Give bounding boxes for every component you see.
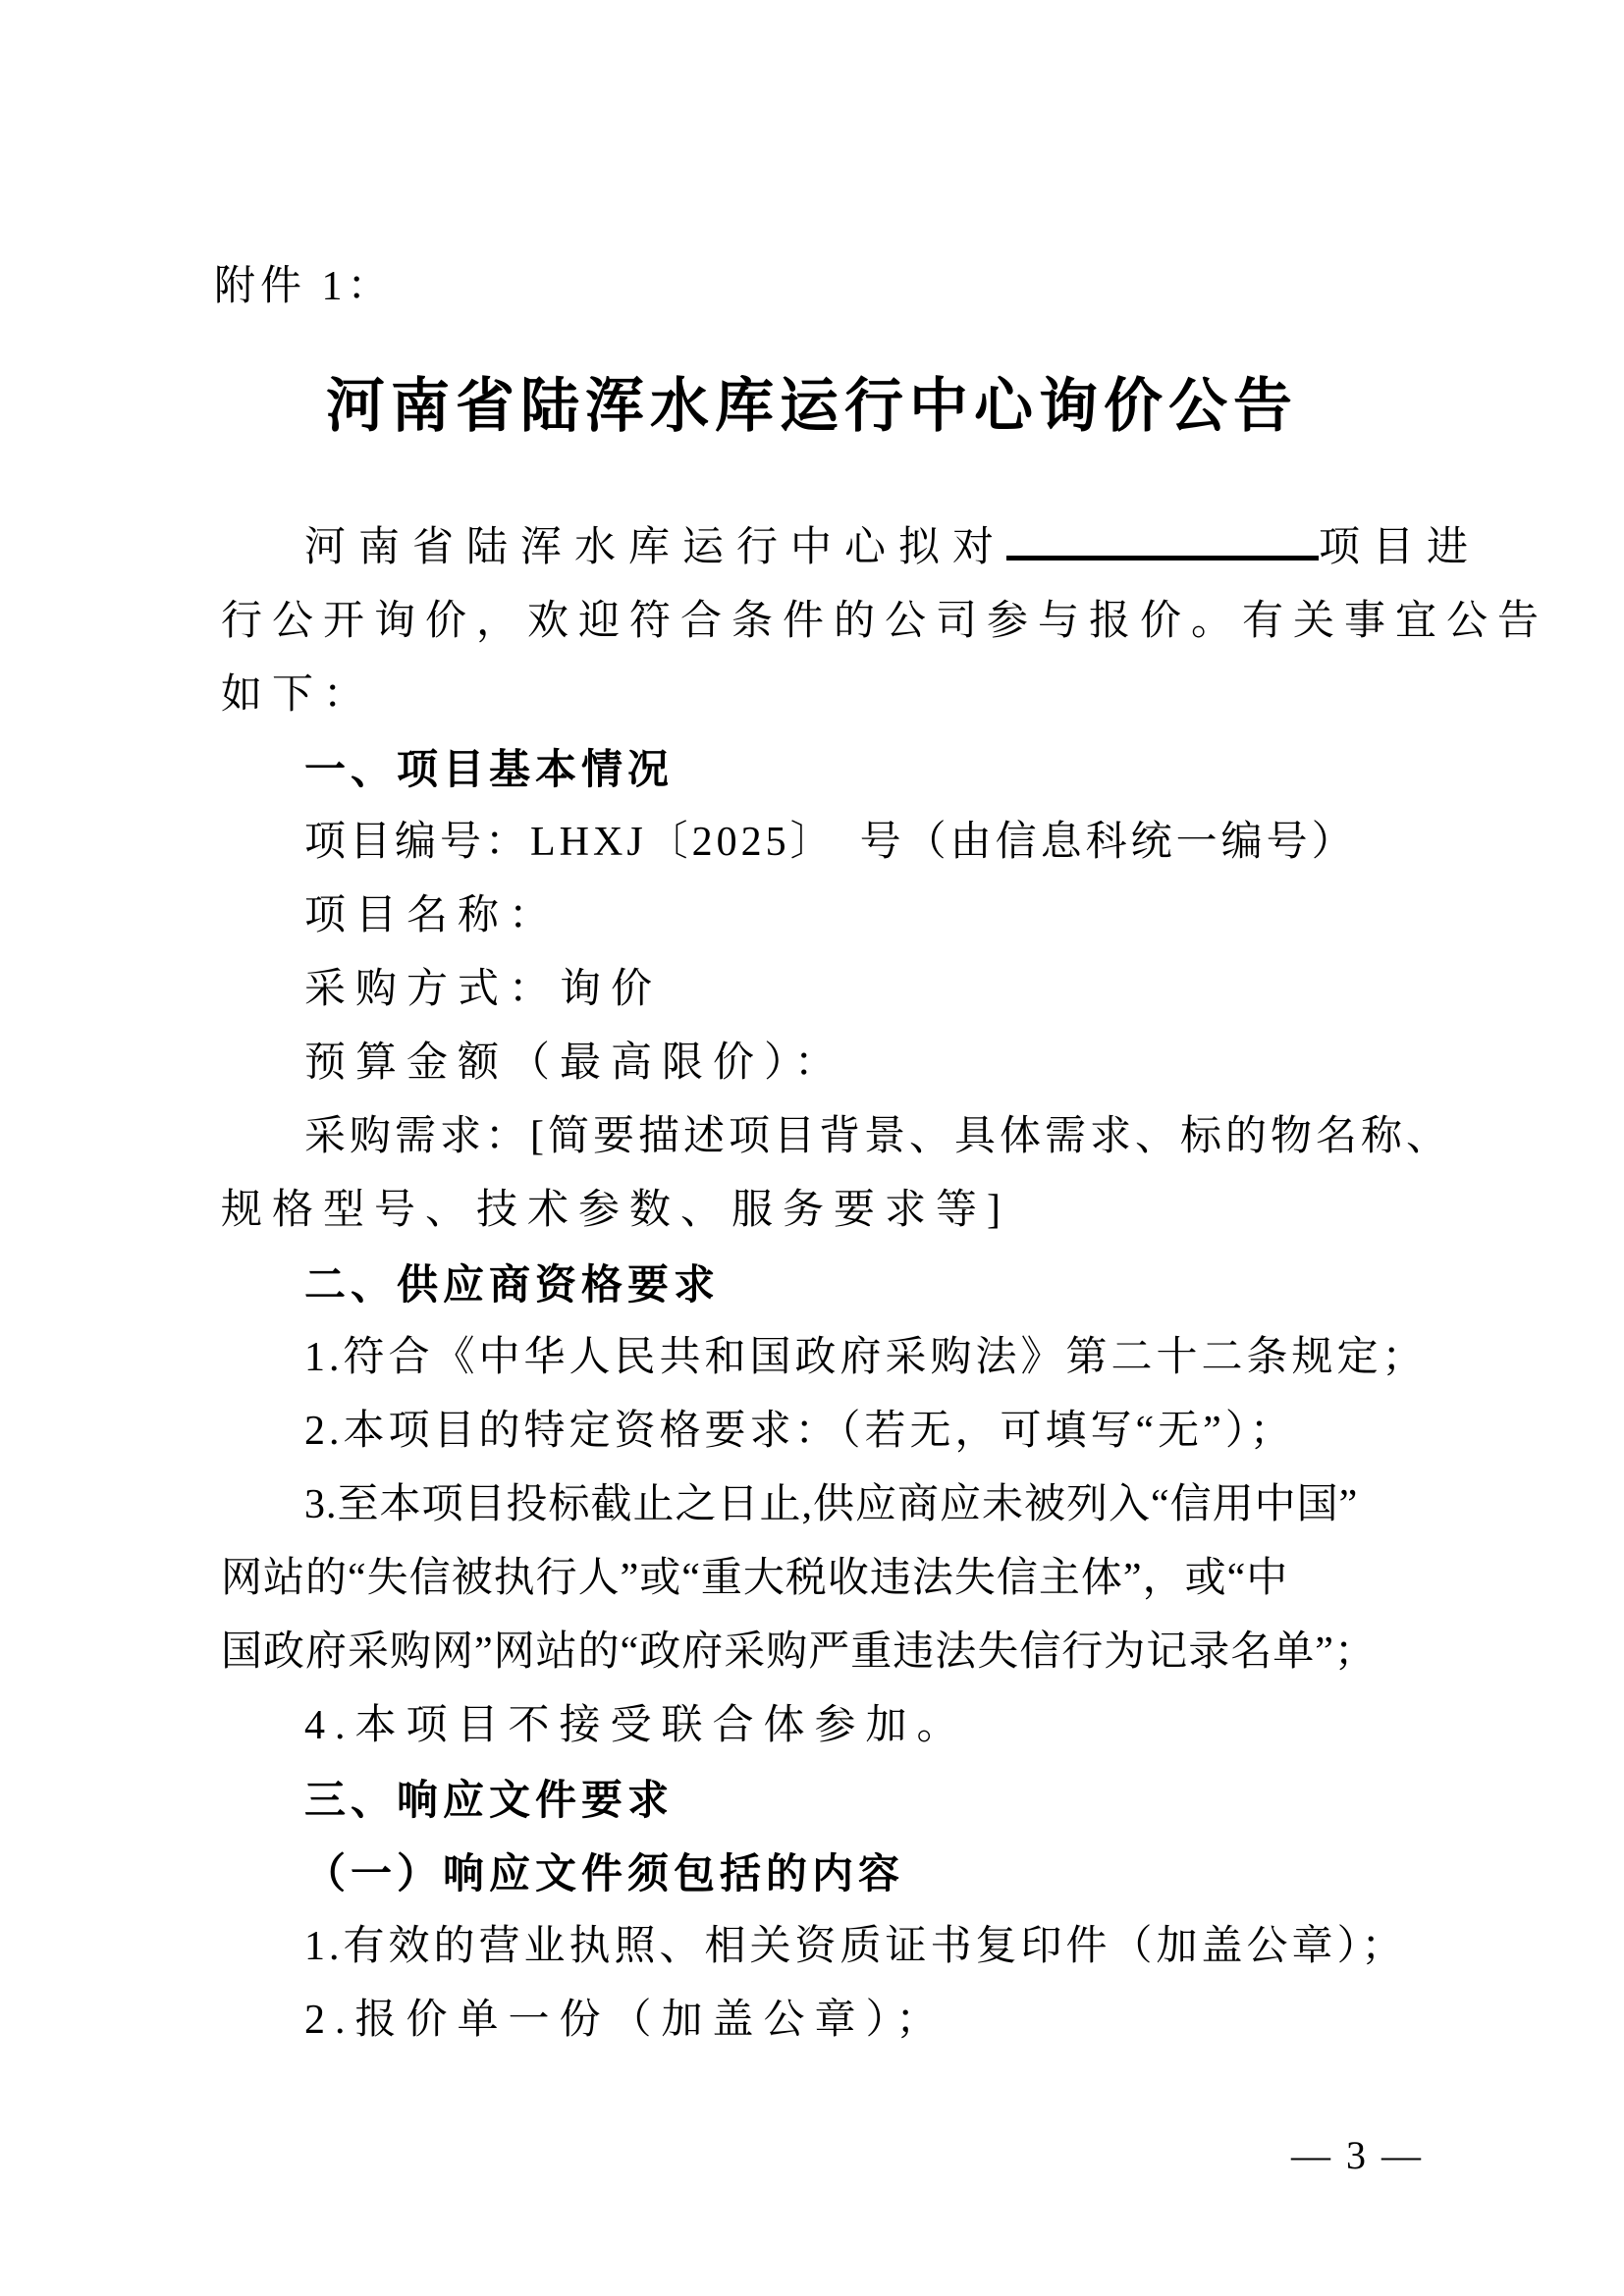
response-doc-item-1: 1.有效的营业执照、相关资质证书复印件（加盖公章）； (221, 1910, 1453, 1984)
procurement-requirements-line: 采购需求：[简要描述项目背景、具体需求、标的物名称、 (221, 1100, 1453, 1174)
intro-text-after-blank: 项目进 (1319, 525, 1481, 570)
qualification-item-3-continuation-1: 网站的“失信被执行人”或“重大税收违法失信主体”，或“中 (221, 1542, 1453, 1616)
page-number: — 3 — (1291, 2132, 1424, 2178)
qualification-item-4: 4.本项目不接受联合体参加。 (221, 1689, 1453, 1763)
section-1-heading: 一、项目基本情况 (221, 732, 1453, 806)
section-3-subheading-1: （一）响应文件须包括的内容 (221, 1837, 1453, 1910)
qualification-item-2: 2.本项目的特定资格要求：（若无，可填写“无”）； (221, 1395, 1453, 1468)
qualification-item-3: 3.至本项目投标截止之日止,供应商应未被列入“信用中国” (221, 1468, 1453, 1542)
attachment-label: 附件 1： (214, 253, 394, 312)
project-number-line: 项目编号：LHXJ〔2025〕 号（由信息科统一编号） (221, 806, 1453, 880)
section-2-heading: 二、供应商资格要求 (221, 1248, 1453, 1321)
procurement-requirements-continuation: 规格型号、技术参数、服务要求等] (221, 1174, 1453, 1248)
response-doc-item-2: 2.报价单一份（加盖公章）； (221, 1984, 1453, 2057)
fill-in-blank-underline (1006, 516, 1319, 561)
intro-line: 河南省陆浑水库运行中心拟对项目进 (221, 511, 1453, 585)
document-title: 河南省陆浑水库运行中心询价公告 (0, 359, 1624, 444)
intro-line-continuation: 行公开询价，欢迎符合条件的公司参与报价。有关事宜公告 (221, 585, 1453, 659)
intro-text-before-blank: 河南省陆浑水库运行中心拟对 (304, 525, 1006, 570)
document-body: 河南省陆浑水库运行中心拟对项目进 行公开询价，欢迎符合条件的公司参与报价。有关事… (221, 511, 1453, 2057)
qualification-item-1: 1.符合《中华人民共和国政府采购法》第二十二条规定； (221, 1321, 1453, 1395)
qualification-item-3-continuation-2: 国政府采购网”网站的“政府采购严重违法失信行为记录名单”； (221, 1616, 1453, 1689)
section-3-heading: 三、响应文件要求 (221, 1763, 1453, 1837)
intro-line-end: 如下： (221, 659, 1453, 732)
project-name-line: 项目名称： (221, 880, 1453, 953)
budget-amount-line: 预算金额（最高限价）： (221, 1027, 1453, 1100)
procurement-method-line: 采购方式：询价 (221, 953, 1453, 1027)
document-page: 附件 1： 河南省陆浑水库运行中心询价公告 河南省陆浑水库运行中心拟对项目进 行… (0, 0, 1624, 2296)
